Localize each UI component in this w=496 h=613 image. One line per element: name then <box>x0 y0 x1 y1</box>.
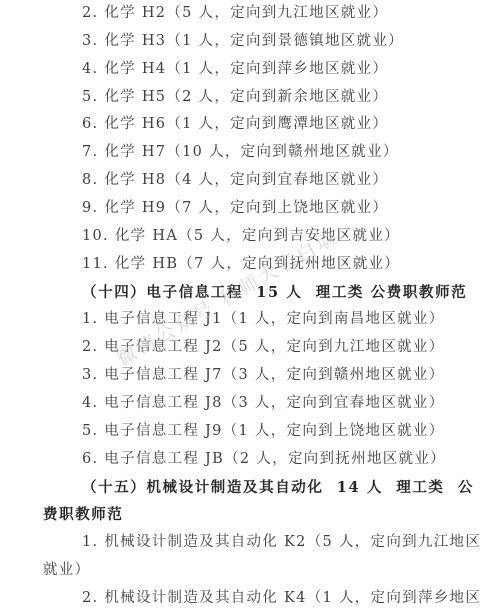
document-line: 3. 电子信息工程 J7（3 人，定向到赣州地区就业） <box>43 362 463 390</box>
document-line: 4. 电子信息工程 J8（3 人，定向到宜春地区就业） <box>43 390 463 418</box>
document-line: 5. 电子信息工程 J9（1 人，定向到上饶地区就业） <box>43 418 463 446</box>
document-line: 6. 电子信息工程 JB（2 人，定向到抚州地区就业） <box>43 446 463 474</box>
document-page: 2. 化学 H2（5 人，定向到九江地区就业）3. 化学 H3（1 人，定向到景… <box>0 0 496 613</box>
section-heading: 费职教师范 <box>43 501 463 529</box>
document-line: 2. 机械设计制造及其自动化 K4（1 人，定向到萍乡地区 <box>43 585 463 613</box>
document-line: 就业） <box>43 557 463 585</box>
document-line: 1. 机械设计制造及其自动化 K2（5 人，定向到九江地区 <box>43 529 463 557</box>
section-heading: （十四）电子信息工程 15 人 理工类 公费职教师范 <box>43 279 463 307</box>
document-line: 4. 化学 H4（1 人，定向到萍乡地区就业） <box>43 56 463 84</box>
document-line: 5. 化学 H5（2 人，定向到新余地区就业） <box>43 84 463 112</box>
document-line: 1. 电子信息工程 J1（1 人，定向到南昌地区就业） <box>43 306 463 334</box>
document-line: 6. 化学 H6（1 人，定向到鹰潭地区就业） <box>43 111 463 139</box>
document-line: 10. 化学 HA（5 人，定向到吉安地区就业） <box>43 223 463 251</box>
document-line: 3. 化学 H3（1 人，定向到景德镇地区就业） <box>43 28 463 56</box>
document-body: 2. 化学 H2（5 人，定向到九江地区就业）3. 化学 H3（1 人，定向到景… <box>43 0 463 613</box>
document-line: 2. 电子信息工程 J2（5 人，定向到九江地区就业） <box>43 334 463 362</box>
document-line: 7. 化学 H7（10 人，定向到赣州地区就业） <box>43 139 463 167</box>
document-line: 8. 化学 H8（4 人，定向到宜春地区就业） <box>43 167 463 195</box>
document-line: 9. 化学 H9（7 人，定向到上饶地区就业） <box>43 195 463 223</box>
section-heading: （十五）机械设计制造及其自动化 14 人 理工类 公 <box>43 474 463 502</box>
document-line: 2. 化学 H2（5 人，定向到九江地区就业） <box>43 0 463 28</box>
document-line: 11. 化学 HB（7 人，定向到抚州地区就业） <box>43 251 463 279</box>
